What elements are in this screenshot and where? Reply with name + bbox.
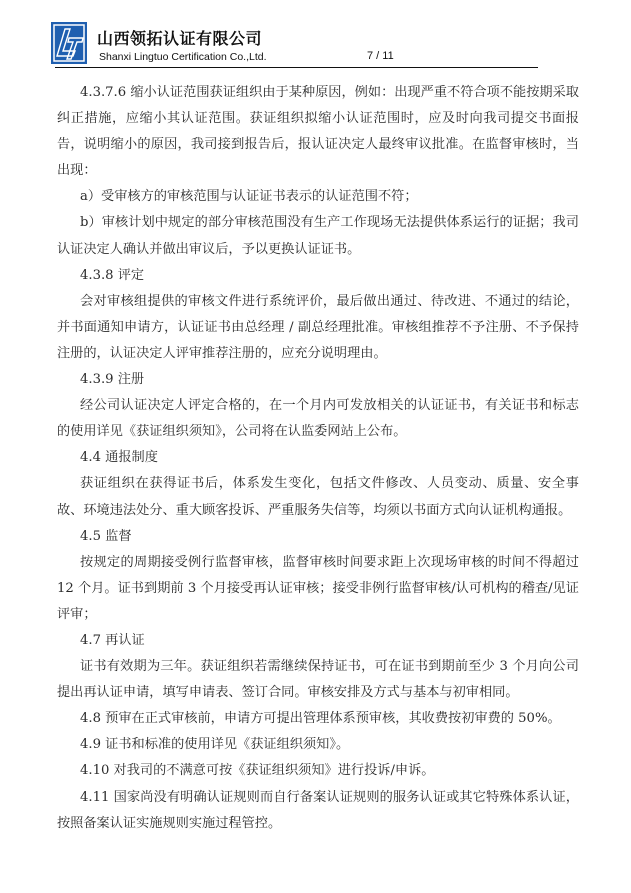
company-name-cn: 山西领拓认证有限公司 [97,26,262,49]
section-heading-4-4: 4.4 通报制度 [57,445,579,471]
paragraph-4-10-complaints: 4.10 对我司的不满意可按《获证组织须知》进行投诉/申诉。 [57,758,579,784]
paragraph-4-8-pre-audit: 4.8 预审在正式审核前，申请方可提出管理体系预审核，其收费按初审费的 50%。 [57,706,579,732]
paragraph-4-9-certificate-use: 4.9 证书和标准的使用详见《获证组织须知》。 [57,732,579,758]
section-heading-4-3-9: 4.3.9 注册 [57,367,579,393]
document-body: 4.3.7.6 缩小认证范围获证组织由于某种原因，例如：出现严重不符合项不能按期… [57,80,579,837]
section-heading-4-7: 4.7 再认证 [57,628,579,654]
page-number: 7 / 11 [367,50,394,62]
paragraph-notification: 获证组织在获得证书后，体系发生变化，包括文件修改、人员变动、质量、安全事故、环境… [57,471,579,523]
company-name-en: Shanxi Lingtuo Certification Co.,Ltd. [99,51,267,63]
header-divider [55,67,538,68]
paragraph-4-3-7-6: 4.3.7.6 缩小认证范围获证组织由于某种原因，例如：出现严重不符合项不能按期… [57,80,579,184]
section-heading-4-5: 4.5 监督 [57,524,579,550]
paragraph-registration: 经公司认证决定人评定合格的，在一个月内可发放相关的认证证书，有关证书和标志的使用… [57,393,579,445]
lingtuo-logo-icon [51,22,87,64]
paragraph-evaluation: 会对审核组提供的审核文件进行系统评价，最后做出通过、待改进、不通过的结论，并书面… [57,289,579,367]
paragraph-4-11-special-certification: 4.11 国家尚没有明确认证规则而自行备案认证规则的服务认证或其它特殊体系认证，… [57,785,579,837]
page-header: 山西领拓认证有限公司 Shanxi Lingtuo Certification … [51,22,538,68]
paragraph-list-item-a: a）受审核方的审核范围与认证证书表示的认证范围不符； [57,184,579,210]
paragraph-recertification: 证书有效期为三年。获证组织若需继续保持证书，可在证书到期前至少 3 个月向公司提… [57,654,579,706]
section-heading-4-3-8: 4.3.8 评定 [57,263,579,289]
paragraph-surveillance: 按规定的周期接受例行监督审核，监督审核时间要求距上次现场审核的时间不得超过 12… [57,550,579,628]
paragraph-list-item-b: b）审核计划中规定的部分审核范围没有生产工作现场无法提供体系运行的证据；我司认证… [57,210,579,262]
